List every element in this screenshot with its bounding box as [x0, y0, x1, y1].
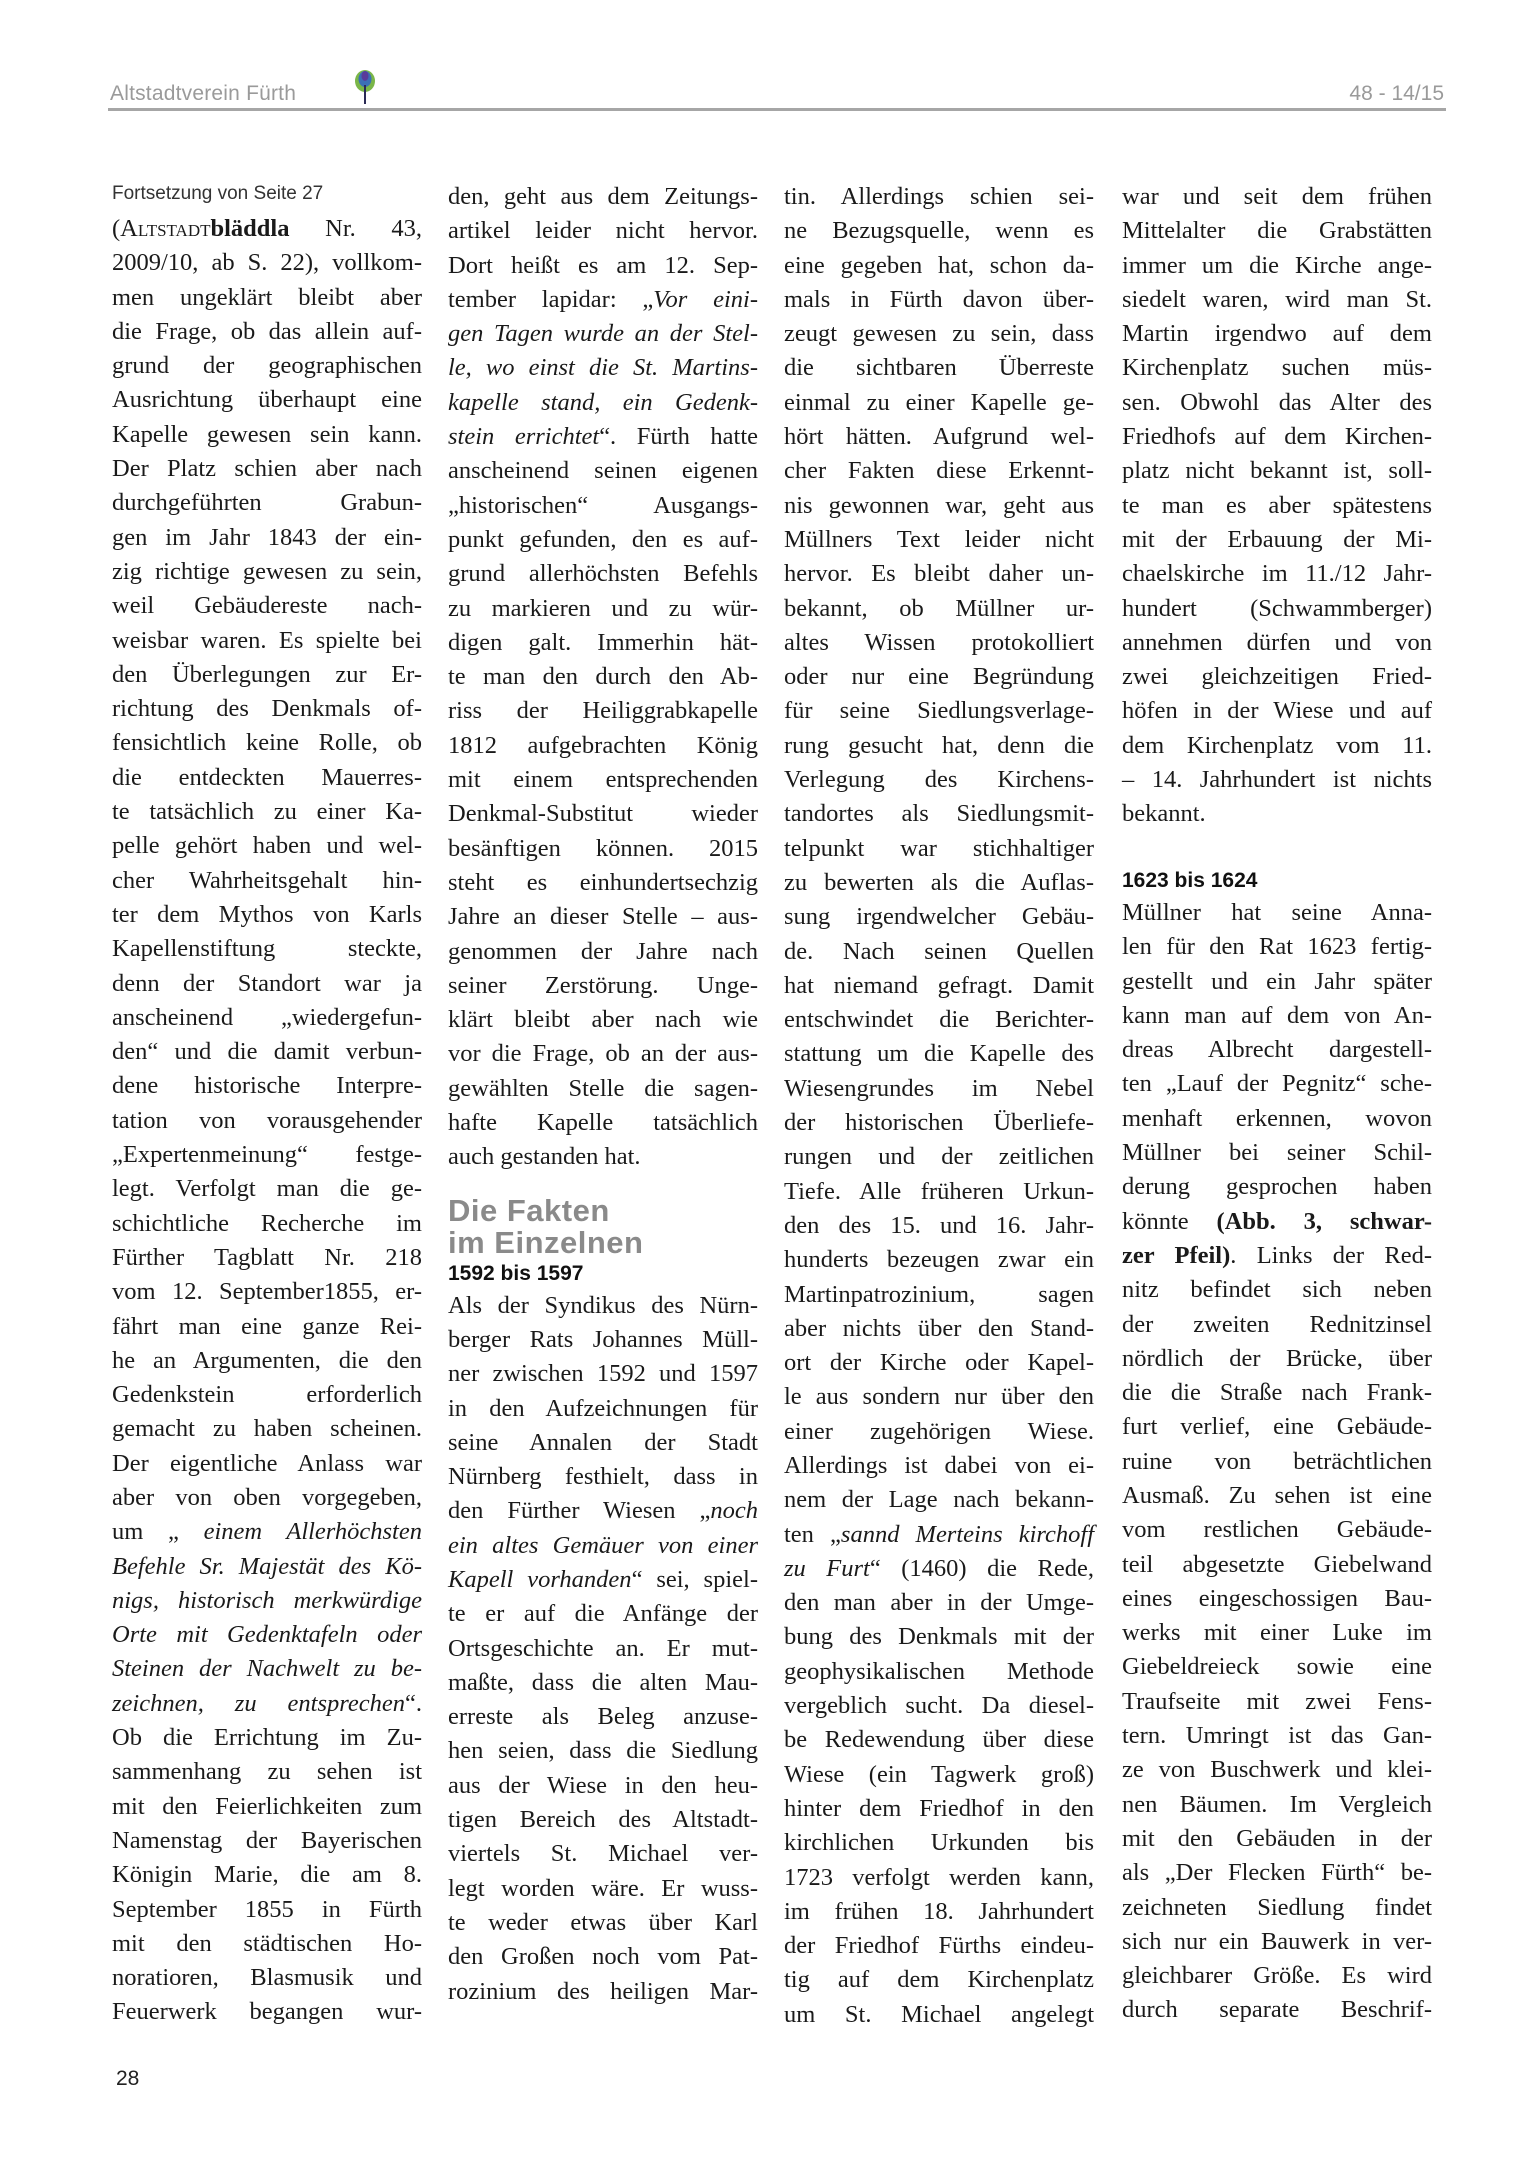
- text-line: mit den Gebäuden in der: [1122, 1822, 1432, 1856]
- section-heading-line2: im Einzelnen: [448, 1227, 758, 1259]
- text-line: war und seit dem frühen: [1122, 180, 1432, 214]
- text-line: artikel leider nicht hervor.: [448, 214, 758, 248]
- text-line: nis gewonnen war, geht aus: [784, 489, 1094, 523]
- text-line: noratioren, Blasmusik und: [112, 1961, 422, 1995]
- text-line: len für den Rat 1623 fertig-: [1122, 930, 1432, 964]
- text-line: könnte (Abb. 3, schwar-: [1122, 1205, 1432, 1239]
- text-line: weisbar waren. Es spielte bei: [112, 624, 422, 658]
- text-line: einmal zu einer Kapelle ge-: [784, 386, 1094, 420]
- text-line: stein errichtet“. Fürth hatte: [448, 420, 758, 454]
- text-line: mit den städtischen Ho-: [112, 1927, 422, 1961]
- text-line: teil abgesetzte Giebelwand: [1122, 1548, 1432, 1582]
- text-line: werks mit einer Luke im: [1122, 1616, 1432, 1650]
- publisher-title: Altstadtverein Fürth: [110, 82, 296, 106]
- text-line: he an Argumenten, die den: [112, 1344, 422, 1378]
- text-line: den Überlegungen zur Er-: [112, 658, 422, 692]
- text-line: te weder etwas über Karl: [448, 1906, 758, 1940]
- text-line: hört hätten. Aufgrund wel-: [784, 420, 1094, 454]
- text-line: Befehle Sr. Majestät des Kö-: [112, 1550, 422, 1584]
- text-line: 1723 verfolgt werden kann,: [784, 1861, 1094, 1895]
- text-line: genommen der Jahre nach: [448, 935, 758, 969]
- text-line: punkt gefunden, den es auf-: [448, 523, 758, 557]
- text-line: Steinen der Nachwelt zu be-: [112, 1652, 422, 1686]
- text-line: ruine von beträchtlichen: [1122, 1445, 1432, 1479]
- text-line: hafte Kapelle tatsächlich: [448, 1106, 758, 1140]
- text-line: gleichbarer Größe. Es wird: [1122, 1959, 1432, 1993]
- text-line: tandortes als Siedlungsmit-: [784, 797, 1094, 831]
- text-column-4: war und seit dem frühenMittelalter die G…: [1122, 180, 1432, 2028]
- text-line: riss der Heiliggrabkapelle: [448, 694, 758, 728]
- text-line: kann man auf dem von An-: [1122, 999, 1432, 1033]
- text-line: Der eigentliche Anlass war: [112, 1447, 422, 1481]
- text-line: maßte, dass die alten Mau-: [448, 1666, 758, 1700]
- issue-number: 48 - 14/15: [1349, 82, 1444, 106]
- text-line: Kirchenplatz suchen müs-: [1122, 351, 1432, 385]
- text-line: ort der Kirche oder Kapel-: [784, 1346, 1094, 1380]
- text-line: fensichtlich keine Rolle, ob: [112, 726, 422, 760]
- text-line: chaelskirche im 11./12 Jahr-: [1122, 557, 1432, 591]
- text-line: Müllner hat seine Anna-: [1122, 896, 1432, 930]
- text-line: gestellt und ein Jahr später: [1122, 965, 1432, 999]
- text-line: cher Wahrheitsgehalt hin-: [112, 864, 422, 898]
- text-line: Kapelle gewesen sein kann.: [112, 418, 422, 452]
- text-line: zeugt gewesen zu sein, dass: [784, 317, 1094, 351]
- text-line: der historischen Überliefe-: [784, 1106, 1094, 1140]
- text-line: tation von vorausgehender: [112, 1104, 422, 1138]
- text-line: bekannt, ob Müllner ur-: [784, 592, 1094, 626]
- text-line: Der Platz schien aber nach: [112, 452, 422, 486]
- text-line: seiner Zerstörung. Unge-: [448, 969, 758, 1003]
- text-line: um „ einem Allerhöchsten: [112, 1515, 422, 1549]
- text-line: höfen in der Wiese und auf: [1122, 694, 1432, 728]
- text-line: Friedhofs auf dem Kirchen-: [1122, 420, 1432, 454]
- text-line: als „Der Flecken Fürth“ be-: [1122, 1856, 1432, 1890]
- text-line: mit der Erbauung der Mi-: [1122, 523, 1432, 557]
- text-line: Ausmaß. Zu sehen ist eine: [1122, 1479, 1432, 1513]
- text-line: viertels St. Michael ver-: [448, 1837, 758, 1871]
- text-line: ein altes Gemäuer von einer: [448, 1529, 758, 1563]
- text-line: ner zwischen 1592 und 1597: [448, 1357, 758, 1391]
- text-line: sich nur ein Bauwerk in ver-: [1122, 1925, 1432, 1959]
- text-line: hundert (Schwammberger): [1122, 592, 1432, 626]
- text-line: weil Gebäudereste nach-: [112, 589, 422, 623]
- text-line: gen Tagen wurde an der Stel-: [448, 317, 758, 351]
- text-line: le, wo einst die St. Martins-: [448, 351, 758, 385]
- page-number: 28: [116, 2067, 139, 2091]
- text-line: aus der Wiese in den heu-: [448, 1769, 758, 1803]
- text-line: Als der Syndikus des Nürn-: [448, 1289, 758, 1323]
- text-line: Martinpatrozinium, sagen: [784, 1278, 1094, 1312]
- text-line: kapelle stand, ein Gedenk-: [448, 386, 758, 420]
- text-line: einer zugehörigen Wiese.: [784, 1415, 1094, 1449]
- text-line: altes Wissen protokolliert: [784, 626, 1094, 660]
- text-line: berger Rats Johannes Müll-: [448, 1323, 758, 1357]
- text-line: pelle gehört haben und wel-: [112, 829, 422, 863]
- text-line: im frühen 18. Jahrhundert: [784, 1895, 1094, 1929]
- text-line: nen Bäumen. Im Vergleich: [1122, 1788, 1432, 1822]
- text-line: steht es einhundertsechzig: [448, 866, 758, 900]
- text-line: Ortsgeschichte an. Er mut-: [448, 1632, 758, 1666]
- text-line: rungen und der zeitlichen: [784, 1140, 1094, 1174]
- text-line: gewählten Stelle die sagen-: [448, 1072, 758, 1106]
- text-line: durch separate Beschrif-: [1122, 1993, 1432, 2027]
- text-line: den man aber in der Umge-: [784, 1586, 1094, 1620]
- text-line: (Altstadtbläddla Nr. 43,: [112, 212, 422, 246]
- text-line: immer um die Kirche ange-: [1122, 249, 1432, 283]
- text-line: nitz befindet sich neben: [1122, 1273, 1432, 1307]
- text-line: le aus sondern nur über den: [784, 1380, 1094, 1414]
- text-line: ter dem Mythos von Karls: [112, 898, 422, 932]
- text-line: Kapell vorhanden“ sei, spiel-: [448, 1563, 758, 1597]
- text-line: die Frage, ob das allein auf-: [112, 315, 422, 349]
- text-column-3: tin. Allerdings schien sei-ne Bezugsquel…: [784, 180, 1094, 2032]
- text-line: kirchlichen Urkunden bis: [784, 1826, 1094, 1860]
- text-line: Dort heißt es am 12. Sep-: [448, 249, 758, 283]
- text-line: eines eingeschossigen Bau-: [1122, 1582, 1432, 1616]
- text-line: zig richtige gewesen zu sein,: [112, 555, 422, 589]
- text-line: Orte mit Gedenktafeln oder: [112, 1618, 422, 1652]
- text-line: zeichneten Siedlung findet: [1122, 1891, 1432, 1925]
- text-line: 2009/10, ab S. 22), vollkom-: [112, 246, 422, 280]
- text-line: für seine Siedlungsverlage-: [784, 694, 1094, 728]
- text-line: zer Pfeil). Links der Red-: [1122, 1239, 1432, 1273]
- text-line: Denkmal-Substitut wieder: [448, 797, 758, 831]
- subheading-1592-1597: 1592 bis 1597: [448, 1259, 758, 1289]
- text-line: furt verlief, eine Gebäude-: [1122, 1410, 1432, 1444]
- text-line: Kapellenstiftung steckte,: [112, 932, 422, 966]
- text-line: hen seien, dass die Siedlung: [448, 1734, 758, 1768]
- text-line: telpunkt war stichhaltiger: [784, 832, 1094, 866]
- continuation-note: Fortsetzung von Seite 27: [112, 180, 422, 208]
- text-line: mit einem entsprechenden: [448, 763, 758, 797]
- text-line: auch gestanden hat.: [448, 1140, 758, 1174]
- text-line: stattung um die Kapelle des: [784, 1037, 1094, 1071]
- text-line: grund der geographischen: [112, 349, 422, 383]
- text-line: ne Bezugsquelle, wenn es: [784, 214, 1094, 248]
- text-line: „historischen“ Ausgangs-: [448, 489, 758, 523]
- text-line: gemacht zu haben scheinen.: [112, 1412, 422, 1446]
- text-line: aber nichts über den Stand-: [784, 1312, 1094, 1346]
- text-line: Traufseite mit zwei Fens-: [1122, 1685, 1432, 1719]
- text-line: den, geht aus dem Zeitungs-: [448, 180, 758, 214]
- text-line: Müllner bei seiner Schil-: [1122, 1136, 1432, 1170]
- text-line: te tatsächlich zu einer Ka-: [112, 795, 422, 829]
- text-line: Giebeldreieck sowie eine: [1122, 1650, 1432, 1684]
- text-line: hunderts bezeugen zwar ein: [784, 1243, 1094, 1277]
- text-line: rung gesucht hat, denn die: [784, 729, 1094, 763]
- text-line: hinter dem Friedhof in den: [784, 1792, 1094, 1826]
- text-line: dem Kirchenplatz vom 11.: [1122, 729, 1432, 763]
- text-line: Gedenkstein erforderlich: [112, 1378, 422, 1412]
- text-line: sammenhang zu sehen ist: [112, 1755, 422, 1789]
- text-line: te man den durch den Ab-: [448, 660, 758, 694]
- text-line: hat niemand gefragt. Damit: [784, 969, 1094, 1003]
- text-line: zeichnen, zu entsprechen“.: [112, 1687, 422, 1721]
- text-line: – 14. Jahrhundert ist nichts: [1122, 763, 1432, 797]
- text-line: eine gegeben hat, schon da-: [784, 249, 1094, 283]
- text-line: vergeblich sucht. Da diesel-: [784, 1689, 1094, 1723]
- text-line: nigs, historisch merkwürdige: [112, 1584, 422, 1618]
- text-line: te er auf die Anfänge der: [448, 1597, 758, 1631]
- text-line: tember lapidar: „Vor eini-: [448, 283, 758, 317]
- text-line: fährt man eine ganze Rei-: [112, 1310, 422, 1344]
- text-line: Müllners Text leider nicht: [784, 523, 1094, 557]
- text-line: September 1855 in Fürth: [112, 1893, 422, 1927]
- text-line: Allerdings ist dabei von ei-: [784, 1449, 1094, 1483]
- text-line: in den Aufzeichnungen für: [448, 1392, 758, 1426]
- text-line: der zweiten Rednitzinsel: [1122, 1308, 1432, 1342]
- text-line: dreas Albrecht dargestell-: [1122, 1033, 1432, 1067]
- text-line: Jahre an dieser Stelle – aus-: [448, 900, 758, 934]
- text-line: der Friedhof Fürths eindeu-: [784, 1929, 1094, 1963]
- text-line: vom restlichen Gebäude-: [1122, 1513, 1432, 1547]
- text-line: Ob die Errichtung im Zu-: [112, 1721, 422, 1755]
- text-line: „Expertenmeinung“ festge-: [112, 1138, 422, 1172]
- header-divider: [108, 108, 1446, 111]
- text-line: erreste als Beleg anzuse-: [448, 1700, 758, 1734]
- text-line: bekannt.: [1122, 797, 1432, 831]
- text-line: men ungeklärt bleibt aber: [112, 281, 422, 315]
- text-line: zu Furt“ (1460) die Rede,: [784, 1552, 1094, 1586]
- text-line: siedelt waren, wird man St.: [1122, 283, 1432, 317]
- text-line: geophysikalischen Methode: [784, 1655, 1094, 1689]
- text-line: sen. Obwohl das Alter des: [1122, 386, 1432, 420]
- text-line: aber von oben vorgegeben,: [112, 1481, 422, 1515]
- text-line: legt. Verfolgt man die ge-: [112, 1172, 422, 1206]
- text-line: hervor. Es bleibt daher un-: [784, 557, 1094, 591]
- text-line: oder nur eine Begründung: [784, 660, 1094, 694]
- text-line: platz nicht bekannt ist, soll-: [1122, 454, 1432, 488]
- subheading-1623-1624: 1623 bis 1624: [1122, 866, 1432, 896]
- text-line: legt worden wäre. Er wuss-: [448, 1872, 758, 1906]
- text-line: tigen Bereich des Altstadt-: [448, 1803, 758, 1837]
- text-line: tig auf dem Kirchenplatz: [784, 1963, 1094, 1997]
- text-line: zu bewerten als die Auflas-: [784, 866, 1094, 900]
- text-line: Ausrichtung überhaupt eine: [112, 383, 422, 417]
- text-line: den des 15. und 16. Jahr-: [784, 1209, 1094, 1243]
- text-line: digen galt. Immerhin hät-: [448, 626, 758, 660]
- text-line: ten „sannd Merteins kirchoff: [784, 1518, 1094, 1552]
- text-column-2: den, geht aus dem Zeitungs-artikel leide…: [448, 180, 758, 2009]
- text-line: Martin irgendwo auf dem: [1122, 317, 1432, 351]
- text-line: die sichtbaren Überreste: [784, 351, 1094, 385]
- text-line: nördlich der Brücke, über: [1122, 1342, 1432, 1376]
- text-line: zwei gleichzeitigen Fried-: [1122, 660, 1432, 694]
- text-line: entschwindet die Berichter-: [784, 1003, 1094, 1037]
- text-line: durchgeführten Grabun-: [112, 486, 422, 520]
- text-line: die die Straße nach Frank-: [1122, 1376, 1432, 1410]
- text-line: klärt bleibt aber nach wie: [448, 1003, 758, 1037]
- text-line: vom 12. September1855, er-: [112, 1275, 422, 1309]
- text-line: be Redewendung über diese: [784, 1723, 1094, 1757]
- text-line: menhaft erkennen, wovon: [1122, 1102, 1432, 1136]
- text-line: zu markieren und zu wür-: [448, 592, 758, 626]
- text-line: besänftigen können. 2015: [448, 832, 758, 866]
- text-line: Fürther Tagblatt Nr. 218: [112, 1241, 422, 1275]
- text-line: de. Nach seinen Quellen: [784, 935, 1094, 969]
- text-line: ze von Buschwerk und klei-: [1122, 1753, 1432, 1787]
- text-line: den“ und die damit verbun-: [112, 1035, 422, 1069]
- text-line: tern. Umringt ist das Gan-: [1122, 1719, 1432, 1753]
- text-line: die entdeckten Mauerres-: [112, 761, 422, 795]
- text-line: bung des Denkmals mit der: [784, 1620, 1094, 1654]
- text-line: Namenstag der Bayerischen: [112, 1824, 422, 1858]
- text-line: schichtliche Recherche im: [112, 1207, 422, 1241]
- text-line: den Fürther Wiesen „noch: [448, 1494, 758, 1528]
- text-line: cher Fakten diese Erkennt-: [784, 454, 1094, 488]
- section-heading: Die Fakten: [448, 1195, 758, 1227]
- text-line: gen im Jahr 1843 der ein-: [112, 521, 422, 555]
- text-line: derung gesprochen haben: [1122, 1170, 1432, 1204]
- article-body: Fortsetzung von Seite 27 (Altstadtbläddl…: [112, 180, 1440, 2040]
- text-line: Nürnberg festhielt, dass in: [448, 1460, 758, 1494]
- text-line: denn der Standort war ja: [112, 967, 422, 1001]
- text-line: 1812 aufgebrachten König: [448, 729, 758, 763]
- text-line: Mittelalter die Grabstätten: [1122, 214, 1432, 248]
- text-line: Tiefe. Alle früheren Urkun-: [784, 1175, 1094, 1209]
- text-line: Königin Marie, die am 8.: [112, 1858, 422, 1892]
- text-line: grund allerhöchsten Befehls: [448, 557, 758, 591]
- text-line: ten „Lauf der Pegnitz“ sche-: [1122, 1067, 1432, 1101]
- text-line: te man es aber spätestens: [1122, 489, 1432, 523]
- text-line: den Großen noch vom Pat-: [448, 1940, 758, 1974]
- text-line: Feuerwerk begangen wur-: [112, 1995, 422, 2029]
- text-line: vor die Frage, ob an der aus-: [448, 1037, 758, 1071]
- text-line: Wiese (ein Tagwerk groß): [784, 1758, 1094, 1792]
- text-line: seine Annalen der Stadt: [448, 1426, 758, 1460]
- text-line: rozinium des heiligen Mar-: [448, 1975, 758, 2009]
- text-line: anscheinend „wiedergefun-: [112, 1001, 422, 1035]
- text-line: richtung des Denkmals of-: [112, 692, 422, 726]
- text-line: annehmen dürfen und von: [1122, 626, 1432, 660]
- text-column-1: Fortsetzung von Seite 27 (Altstadtbläddl…: [112, 180, 422, 2030]
- text-line: mit den Feierlichkeiten zum: [112, 1790, 422, 1824]
- tree-logo-icon: [353, 70, 377, 104]
- text-line: Verlegung des Kirchens-: [784, 763, 1094, 797]
- text-line: um St. Michael angelegt: [784, 1998, 1094, 2032]
- text-line: sung irgendwelcher Gebäu-: [784, 900, 1094, 934]
- text-line: dene historische Interpre-: [112, 1069, 422, 1103]
- text-line: Wiesengrundes im Nebel: [784, 1072, 1094, 1106]
- text-line: nem der Lage nach bekann-: [784, 1483, 1094, 1517]
- text-line: mals in Fürth davon über-: [784, 283, 1094, 317]
- text-line: anscheinend seinen eigenen: [448, 454, 758, 488]
- text-line: tin. Allerdings schien sei-: [784, 180, 1094, 214]
- page-header: Altstadtverein Fürth 48 - 14/15: [108, 74, 1446, 110]
